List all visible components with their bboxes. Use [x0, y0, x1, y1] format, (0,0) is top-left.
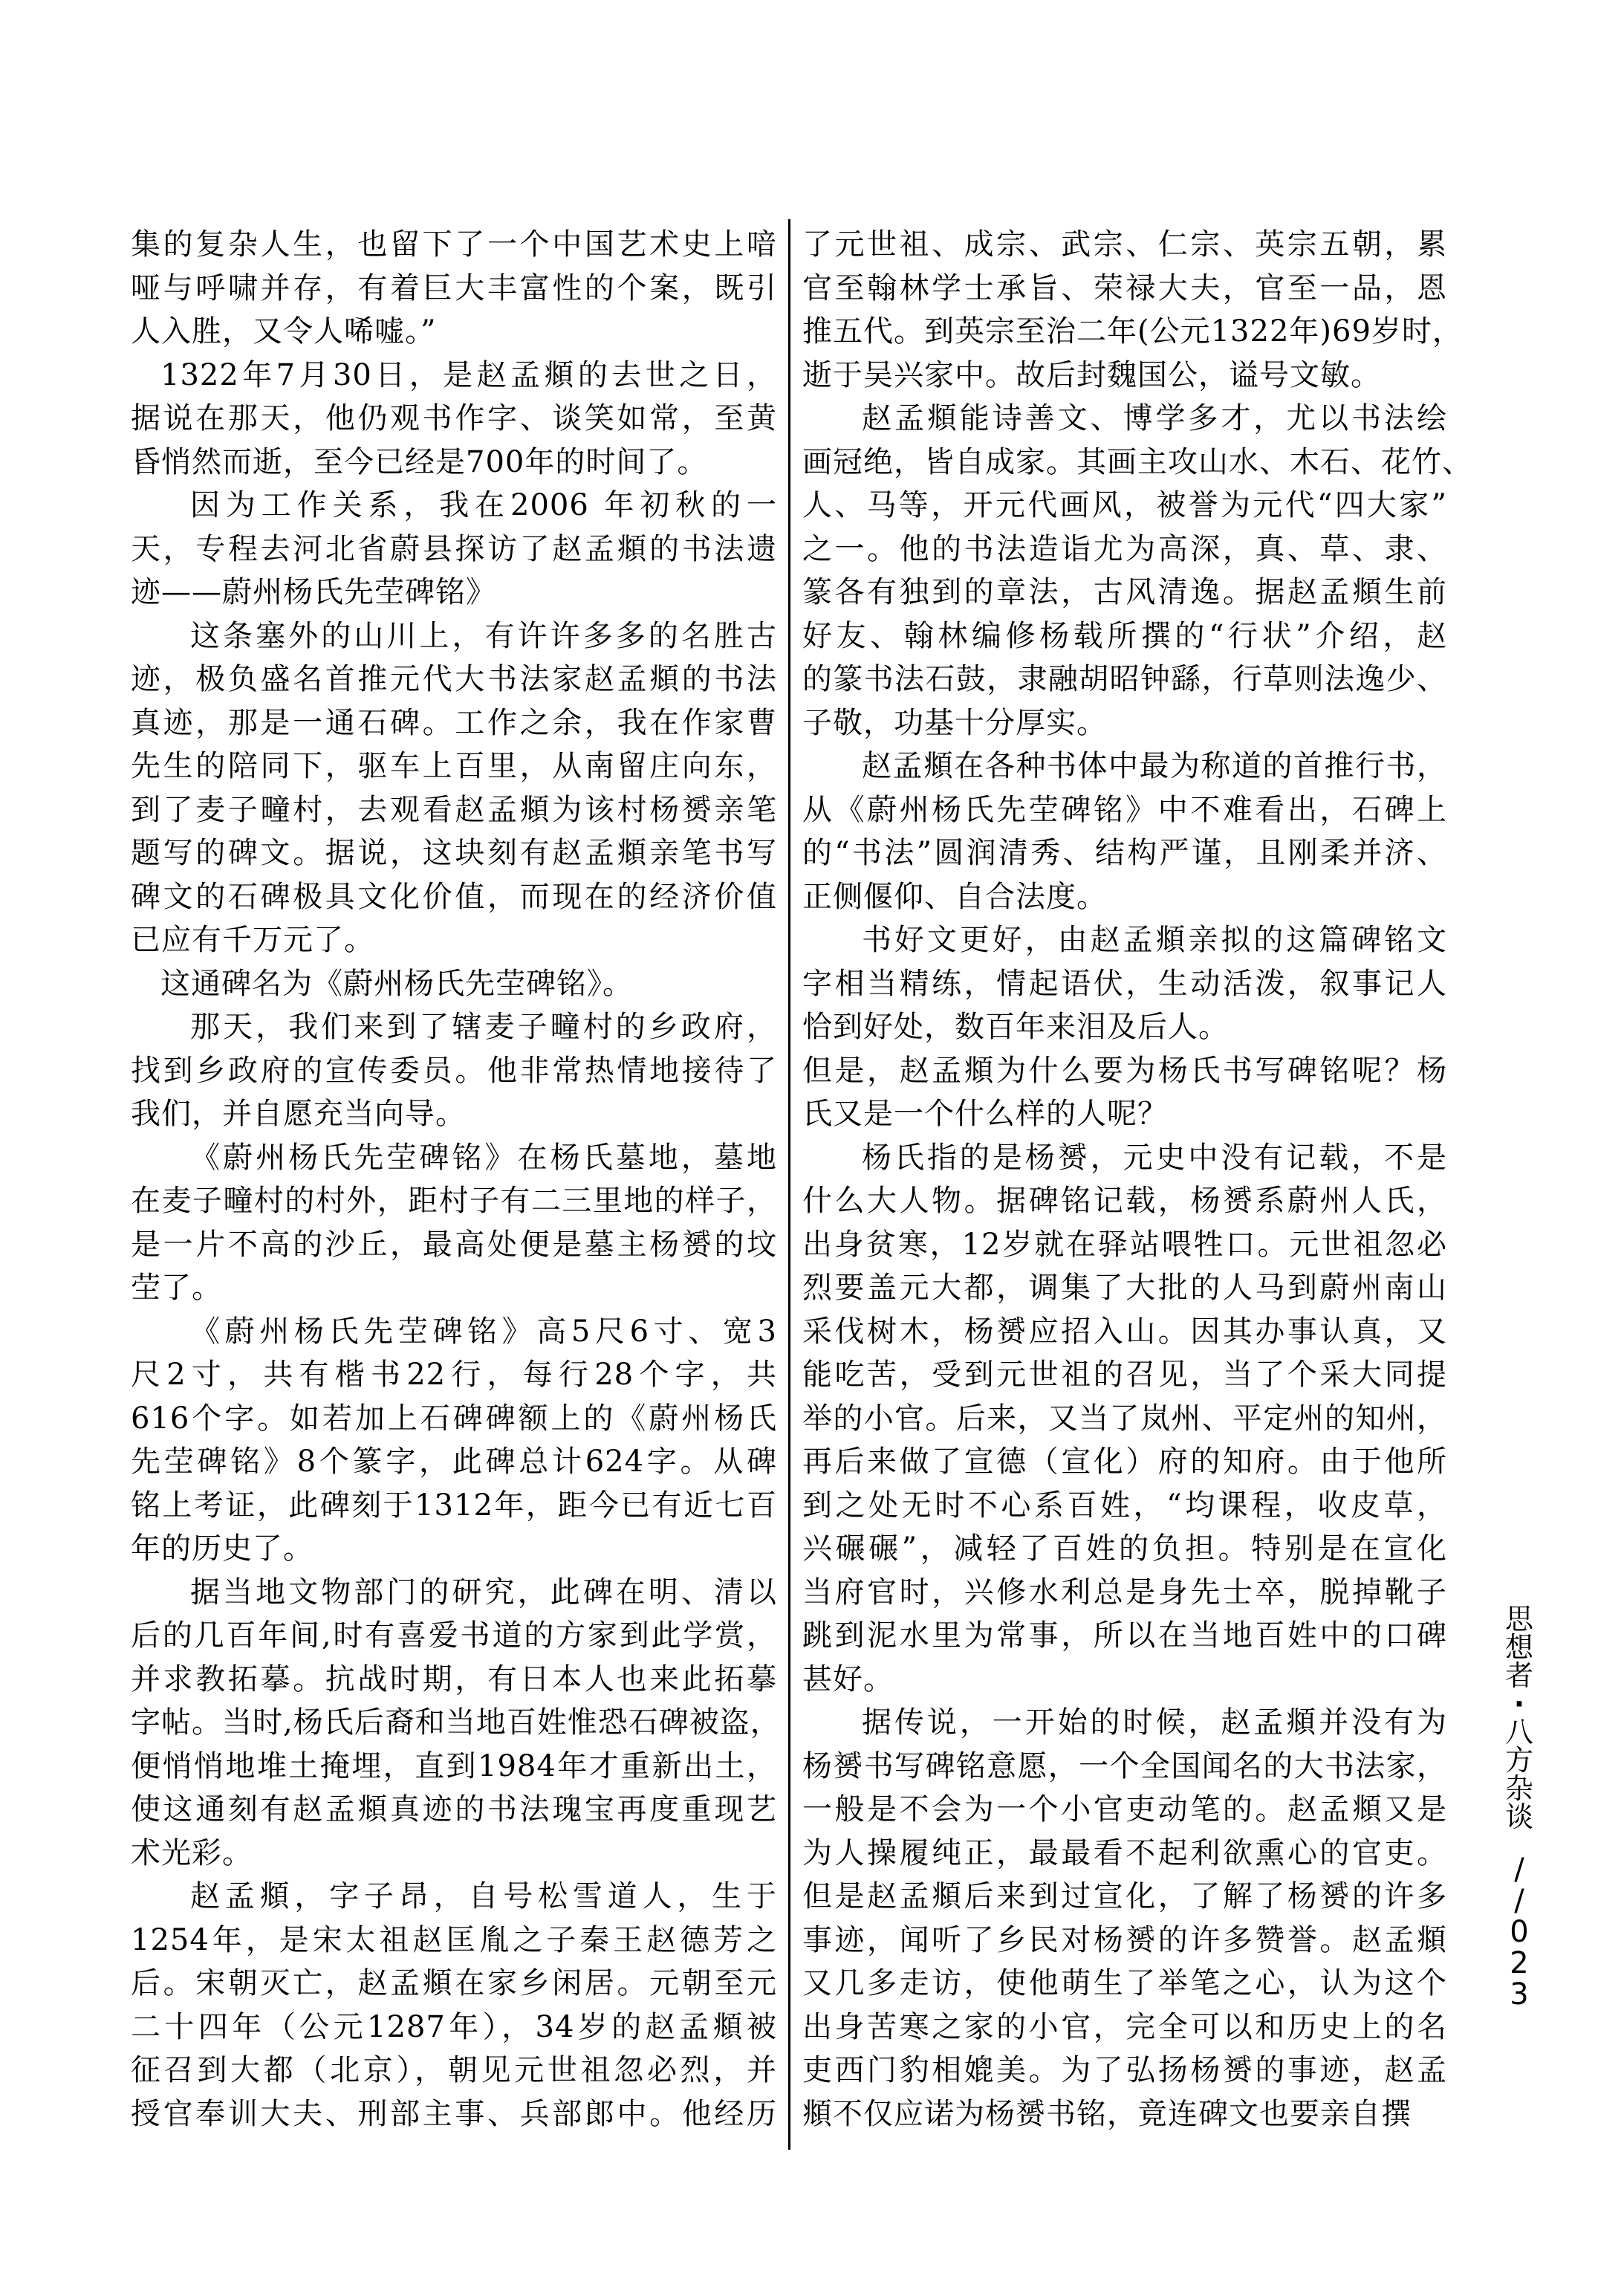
section-label-char: 谈: [1497, 1803, 1542, 1831]
text-line: 氏又是一个什么样的人呢？: [802, 1092, 1447, 1136]
text-line: 又几多走访，使他萌生了举笔之心，认为这个: [802, 1962, 1447, 2006]
text-line: 了元世祖、成宗、武宗、仁宗、英宗五朝，累: [802, 223, 1447, 267]
text-line: 据说在那天，他仍观书作字、谈笑如常，至黄: [131, 397, 777, 441]
page-number-slash: /: [1497, 1886, 1542, 1917]
text-line: 后。宋朝灭亡，赵孟頫在家乡闲居。元朝至元: [131, 1962, 777, 2006]
text-line: 已应有千万元了。: [131, 918, 777, 962]
text-line: 使这通刻有赵孟頫真迹的书法瑰宝再度重现艺: [131, 1788, 777, 1832]
magazine-page: 集的复杂人生，也留下了一个中国艺术史上喑哑与呼啸并存，有着巨大丰富性的个案，既引…: [0, 0, 1624, 2282]
text-line: 甚好。: [802, 1658, 1447, 1702]
text-line: 什么大人物。据碑铭记载，杨赟系蔚州人氏，: [802, 1179, 1447, 1223]
text-line: 题写的碑文。据说，这块刻有赵孟頫亲笔书写: [131, 832, 777, 875]
section-label-char: 想: [1497, 1633, 1542, 1662]
paragraph-first-line: 这条塞外的山川上，有许许多多的名胜古: [131, 615, 777, 658]
paragraph-first-line: 1322年7月30日，是赵孟頫的去世之日，: [131, 354, 777, 398]
column-divider-rule: [788, 219, 790, 2150]
text-line: 画冠绝，皆自成家。其画主攻山水、木石、花竹、: [802, 441, 1447, 484]
text-line: 烈要盖元大都，调集了大批的人马到蔚州南山: [802, 1266, 1447, 1310]
text-line: 跳到泥水里为常事，所以在当地百姓中的口碑: [802, 1614, 1447, 1658]
text-line: 迹——蔚州杨氏先茔碑铭》: [131, 571, 777, 615]
section-running-header: 思 想 者 · 八 方 杂 谈 / / 0 2 3: [1497, 1605, 1542, 2011]
text-line: 茔了。: [131, 1266, 777, 1310]
text-line: 年的历史了。: [131, 1527, 777, 1571]
text-line: 是一片不高的沙丘，最高处便是墓主杨赟的坟: [131, 1223, 777, 1267]
paragraph-first-line: 赵孟頫在各种书体中最为称道的首推行书，: [802, 745, 1447, 788]
text-line: 出身贫寒，12岁就在驿站喂牲口。元世祖忽必: [802, 1223, 1447, 1267]
text-line: 616个字。如若加上石碑碑额上的《蔚州杨氏: [131, 1397, 777, 1441]
page-number-slash: /: [1497, 1855, 1542, 1886]
text-line: 在麦子疃村的村外，距村子有二三里地的样子，: [131, 1179, 777, 1223]
text-line: 术光彩。: [131, 1832, 777, 1876]
text-line: 出身苦寒之家的小官，完全可以和历史上的名: [802, 2006, 1447, 2049]
spacer: [1497, 1831, 1542, 1855]
text-line: 迹，极负盛名首推元代大书法家赵孟頫的书法: [131, 658, 777, 701]
text-line: 但是赵孟頫后来到过宣化，了解了杨赟的许多: [802, 1875, 1447, 1919]
paragraph-first-line: 书好文更好，由赵孟頫亲拟的这篇碑铭文: [802, 918, 1447, 962]
text-line: 頫不仅应诺为杨赟书铭，竟连碑文也要亲自撰: [802, 2093, 1447, 2136]
text-line: 昏悄然而逝，至今已经是700年的时间了。: [131, 441, 777, 484]
paragraph-first-line: 《蔚州杨氏先茔碑铭》在杨氏墓地，墓地: [131, 1136, 777, 1180]
text-line: 一般是不会为一个小官吏动笔的。赵孟頫又是: [802, 1788, 1447, 1832]
text-line: 举的小官。后来，又当了岚州、平定州的知州，: [802, 1397, 1447, 1441]
text-line: 好友、翰林编修杨载所撰的“行状”介绍，赵: [802, 615, 1447, 658]
text-line: 再后来做了宣德（宣化）府的知府。由于他所: [802, 1440, 1447, 1484]
text-line: 碑文的石碑极具文化价值，而现在的经济价值: [131, 875, 777, 919]
section-label-char: 杂: [1497, 1774, 1542, 1803]
paragraph-first-line: 《蔚州杨氏先茔碑铭》高5尺6寸、宽3: [131, 1310, 777, 1354]
text-line: 集的复杂人生，也留下了一个中国艺术史上喑: [131, 223, 777, 267]
text-line: 铭上考证，此碑刻于1312年，距今已有近七百: [131, 1484, 777, 1528]
page-number-digit: 2: [1497, 1948, 1542, 1980]
text-line: 到之处无时不心系百姓，“均课程，收皮草，: [802, 1484, 1447, 1528]
section-label-separator: ·: [1497, 1690, 1542, 1718]
paragraph-first-line: 据传说，一开始的时候，赵孟頫并没有为: [802, 1701, 1447, 1745]
paragraph-first-line: 因为工作关系，我在2006 年初秋的一: [131, 484, 777, 528]
text-line: 1254年，是宋太祖赵匡胤之子秦王赵德芳之: [131, 1919, 777, 1962]
text-line: 逝于吴兴家中。故后封魏国公，谥号文敏。: [802, 354, 1447, 398]
text-line: 尺2寸，共有楷书22行，每行28个字，共: [131, 1353, 777, 1397]
text-line: 吏西门豹相媲美。为了弘扬杨赟的事迹，赵孟: [802, 2049, 1447, 2093]
text-line: 找到乡政府的宣传委员。他非常热情地接待了: [131, 1049, 777, 1093]
text-line: 便悄悄地堆土掩埋，直到1984年才重新出土，: [131, 1745, 777, 1789]
text-line: 正侧偃仰、自合法度。: [802, 875, 1447, 919]
text-line: 之一。他的书法造诣尤为高深，真、草、隶、: [802, 528, 1447, 571]
paragraph-first-line: 赵孟頫，字子昂，自号松雪道人，生于: [131, 1875, 777, 1919]
paragraph-first-line: 这通碑名为《蔚州杨氏先茔碑铭》。: [131, 962, 777, 1006]
text-line: 我们，并自愿充当向导。: [131, 1092, 777, 1136]
text-line: 当府官时，兴修水利总是身先士卒，脱掉靴子: [802, 1571, 1447, 1615]
text-line: 字帖。当时,杨氏后裔和当地百姓惟恐石碑被盗，: [131, 1701, 777, 1745]
text-line: 杨赟书写碑铭意愿，一个全国闻名的大书法家，: [802, 1745, 1447, 1789]
text-line: 为人操履纯正，最最看不起利欲熏心的官吏。: [802, 1832, 1447, 1876]
text-line: 征召到大都（北京），朝见元世祖忽必烈，并: [131, 2049, 777, 2093]
text-line: 的篆书法石鼓，隶融胡昭钟繇，行草则法逸少、: [802, 658, 1447, 701]
text-line: 能吃苦，受到元世祖的召见，当了个采大同提: [802, 1353, 1447, 1397]
text-line: 人、马等，开元代画风，被誉为元代“四大家”: [802, 484, 1447, 528]
text-line: 先茔碑铭》8个篆字，此碑总计624字。从碑: [131, 1440, 777, 1484]
text-line: 真迹，那是一通石碑。工作之余，我在作家曹: [131, 701, 777, 745]
section-label-char: 者: [1497, 1662, 1542, 1690]
text-line: 后的几百年间,时有喜爱书道的方家到此学赏，: [131, 1614, 777, 1658]
text-line: 天，专程去河北省蔚县探访了赵孟頫的书法遗: [131, 528, 777, 571]
text-line: 恰到好处，数百年来泪及后人。: [802, 1005, 1447, 1049]
text-line: 篆各有独到的章法，古风清逸。据赵孟頫生前: [802, 571, 1447, 615]
text-line: 到了麦子疃村，去观看赵孟頫为该村杨赟亲笔: [131, 788, 777, 832]
text-line: 官至翰林学士承旨、荣禄大夫，官至一品，恩: [802, 267, 1447, 311]
page-number-digit: 0: [1497, 1917, 1542, 1948]
paragraph-first-line: 据当地文物部门的研究，此碑在明、清以: [131, 1571, 777, 1615]
text-line: 并求教拓摹。抗战时期，有日本人也来此拓摹: [131, 1658, 777, 1702]
text-line: 但是，赵孟頫为什么要为杨氏书写碑铭呢？杨: [802, 1049, 1447, 1093]
text-line: 从《蔚州杨氏先茔碑铭》中不难看出，石碑上: [802, 788, 1447, 832]
text-line: 授官奉训大夫、刑部主事、兵部郎中。他经历: [131, 2093, 777, 2136]
text-line: 先生的陪同下，驱车上百里，从南留庄向东，: [131, 745, 777, 788]
text-line: 事迹，闻听了乡民对杨赟的许多赞誉。赵孟頫: [802, 1919, 1447, 1962]
text-line: 推五代。到英宗至治二年(公元1322年)69岁时，: [802, 310, 1447, 354]
text-line: 的“书法”圆润清秀、结构严谨，且刚柔并济、: [802, 832, 1447, 875]
paragraph-first-line: 那天，我们来到了辖麦子疃村的乡政府，: [131, 1005, 777, 1049]
section-label-char: 方: [1497, 1746, 1542, 1774]
text-line: 二十四年（公元1287年），34岁的赵孟頫被: [131, 2006, 777, 2049]
paragraph-first-line: 杨氏指的是杨赟，元史中没有记载，不是: [802, 1136, 1447, 1180]
right-text-column: 了元世祖、成宗、武宗、仁宗、英宗五朝，累官至翰林学士承旨、荣禄大夫，官至一品，恩…: [802, 223, 1447, 2136]
section-label-char: 思: [1497, 1605, 1542, 1633]
text-line: 采伐树木，杨赟应招入山。因其办事认真，又: [802, 1310, 1447, 1354]
left-text-column: 集的复杂人生，也留下了一个中国艺术史上喑哑与呼啸并存，有着巨大丰富性的个案，既引…: [131, 223, 777, 2136]
text-line: 人入胜，又令人唏嘘。”: [131, 310, 777, 354]
paragraph-first-line: 赵孟頫能诗善文、博学多才，尤以书法绘: [802, 397, 1447, 441]
text-line: 兴碾碾”，减轻了百姓的负担。特别是在宣化: [802, 1527, 1447, 1571]
page-number-digit: 3: [1497, 1980, 1542, 2011]
section-label-char: 八: [1497, 1718, 1542, 1746]
text-line: 字相当精练，情起语伏，生动活泼，叙事记人: [802, 962, 1447, 1006]
text-line: 子敬，功基十分厚实。: [802, 701, 1447, 745]
text-line: 哑与呼啸并存，有着巨大丰富性的个案，既引: [131, 267, 777, 311]
